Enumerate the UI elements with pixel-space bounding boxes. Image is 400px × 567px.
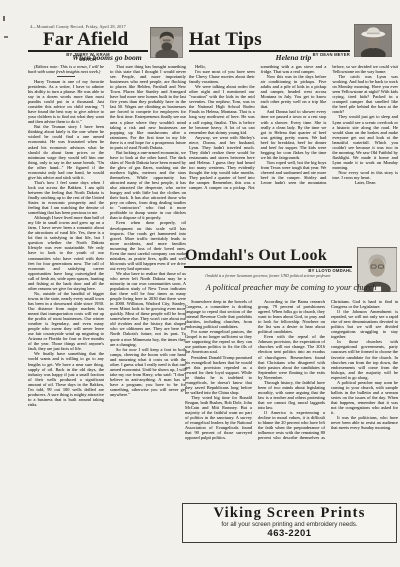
- far-afield-article: When booms go boom (Editors note: This i…: [28, 53, 186, 530]
- paragraph: Somewhere deep in the bowels of Congress…: [185, 299, 252, 329]
- paragraph: And Donna had to shower every time we pa…: [261, 109, 327, 159]
- paragraph: We also have to realize that those of us…: [110, 271, 186, 347]
- omdahl-tagline: Omdahl is a former lieutenant governor, …: [184, 274, 352, 278]
- paragraph: According to the Barna research group, 7…: [258, 299, 325, 334]
- far-afield-paragraphs: Harry Truman is one of my favorite presi…: [28, 64, 186, 407]
- paragraph: Harry Truman is one of my favorite presi…: [28, 79, 104, 124]
- far-afield-title: Far Afield: [43, 30, 129, 49]
- paragraph: We finally have something that the world…: [28, 351, 104, 407]
- omdahl-title: Omdahl's Out Look: [185, 248, 327, 264]
- far-afield-body: (Editors note: This is a rerun, I will b…: [28, 64, 186, 530]
- omdahl-byline: BY LLOYD OMDAHL: [184, 268, 352, 273]
- paragraph: The catch was Lynn was working. And had …: [332, 74, 398, 114]
- omdahl-body: Somewhere deep in the bowels of Congress…: [185, 299, 398, 499]
- ad-business-name: Viking Screen Prints: [183, 506, 396, 521]
- paragraph: So for now I will keep a foot in both ca…: [110, 347, 186, 397]
- paragraph: Now every word in this story is true. I …: [332, 170, 398, 180]
- far-afield-headline: When booms go boom: [28, 53, 186, 62]
- editors-note: (Editors note: This is a rerun, I will b…: [28, 64, 104, 74]
- paragraph: That sure thing has brought something to…: [110, 64, 186, 150]
- paragraph: I'm sure most of you have seen the Chevy…: [189, 69, 255, 84]
- newspaper-page: 4—Mountrail County Record, Friday, April…: [0, 0, 400, 567]
- paragraph: For some evangelical pastors, the Gospel…: [185, 329, 252, 354]
- ad-phone-number: 463-2201: [183, 529, 396, 539]
- paragraph: That's how I feel some days when I look …: [28, 180, 104, 215]
- paragraph: They would just get to sleep and Lynn wo…: [332, 114, 398, 170]
- omdahl-section: Omdahl's Out Look BY LLOYD OMDAHL Omdahl…: [184, 245, 398, 503]
- omdahl-headline: A political preacher may be coming to yo…: [184, 283, 398, 292]
- scan-artifact: [4, 36, 8, 38]
- hat-tips-title: Hat Tips: [189, 30, 262, 49]
- paragraph: A political preacher may soon be coming …: [331, 380, 398, 415]
- paragraph: President Donald Trump promised his evan…: [185, 355, 252, 395]
- hat-tips-body: Hello,I'm sure most of you have seen the…: [189, 64, 398, 248]
- paragraph: Even with the repeal of the Johnson prov…: [258, 334, 325, 379]
- paragraph: No, outside of the handful of bigger tow…: [28, 291, 104, 352]
- paragraph: If the Johnson Amendment is repealed, we…: [331, 309, 398, 339]
- viking-screen-prints-ad: Viking Screen Prints for all your screen…: [182, 503, 397, 543]
- scan-artifact: [3, 16, 5, 21]
- paragraph: Even when done properly, oil development…: [110, 220, 186, 270]
- paragraph: Although I have lived more than half of …: [28, 215, 104, 291]
- paragraph: It was the politicians, who have never b…: [331, 415, 398, 430]
- paragraph: But lacking a one-armed economist, we ha…: [110, 150, 186, 221]
- paragraph: In those churches with congregational go…: [331, 339, 398, 379]
- meyer-portrait-illustration: [355, 25, 392, 57]
- paragraph: They voted big time for Ronald Reagan, b…: [185, 395, 252, 440]
- paragraph: Now this was in the days before air cond…: [261, 74, 327, 109]
- hat-tips-headline: Helena trip: [189, 53, 398, 62]
- hat-tips-article: Helena trip Hello,I'm sure most of you h…: [189, 53, 398, 248]
- paragraph: But the Truman story I have been thinkin…: [28, 124, 104, 180]
- note-divider: [57, 76, 75, 77]
- paragraph: Through history, the faithful have been …: [258, 380, 325, 410]
- paragraph: We were talking about rodeo the other ni…: [189, 84, 255, 134]
- paragraph: Later, Dean: [332, 180, 398, 185]
